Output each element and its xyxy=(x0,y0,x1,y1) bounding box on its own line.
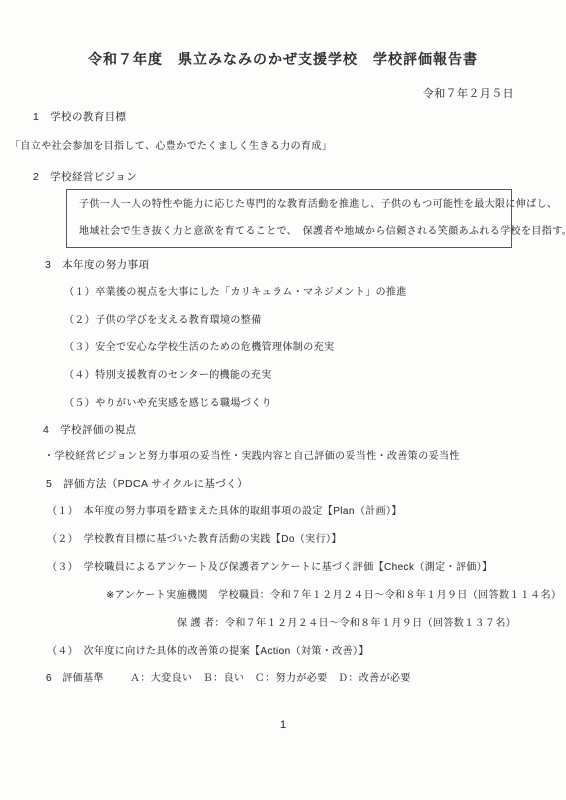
section6-line: 6 評価基準Ａ：大変良い Ｂ：良い Ｃ：努力が必要 Ｄ：改善が必要 xyxy=(46,672,411,686)
scanned-report-page: 令和７年度 県立みなみのかぜ支援学校 学校評価報告書 令和７年２月５日 1 学校… xyxy=(0,0,566,800)
method-item-1: （１） 本年度の努力事項を踏まえた具体的取組事項の設定【Plan（計画）】 xyxy=(47,505,402,519)
effort-item-3: （３）安全で安心な学校生活のための危機管理体制の充実 xyxy=(64,341,334,355)
survey-period-staff: ※アンケート実施機関 学校職員：令和７年１２月２４日～令和８年１月９日（回答数１… xyxy=(106,589,561,603)
report-date: 令和７年２月５日 xyxy=(0,87,514,101)
method-item-4: （４） 次年度に向けた具体的改善策の提案【Action（対策・改善）】 xyxy=(47,645,369,659)
page-number: 1 xyxy=(0,718,566,732)
vision-line-2: 地域社会で生き抜く力と意欲を育てることで、 保護者や地域から信頼される笑顔あふれ… xyxy=(79,225,566,239)
vision-box: 子供一人一人の特性や能力に応じた専門的な教育活動を推進し、子供のもつ可能性を最大… xyxy=(66,189,512,248)
evaluation-criteria-scale: Ａ：大変良い Ｂ：良い Ｃ：努力が必要 Ｄ：改善が必要 xyxy=(130,673,411,684)
effort-item-5: （５）やりがいや充実感を感じる職場づくり xyxy=(64,397,272,411)
method-item-3: （３） 学校職員によるアンケート及び保護者アンケートに基づく評価【Check（測… xyxy=(47,561,493,575)
section6-heading: 6 評価基準 xyxy=(46,673,104,684)
effort-item-4: （４）特別支援教育のセンター的機能の充実 xyxy=(64,369,272,383)
section4-heading: 4 学校評価の視点 xyxy=(43,423,136,437)
survey-period-parents: 保 護 者：令和７年１２月２４日～令和８年１月９日（回答数１３７名） xyxy=(177,617,516,631)
education-goal-text: 「自立や社会参加を目指して、心豊かでたくましく生きる力の育成」 xyxy=(10,140,332,154)
section5-heading: 5 評価方法（PDCA サイクルに基づく） xyxy=(46,477,248,491)
section2-heading: 2 学校経営ビジョン xyxy=(33,170,137,184)
report-title: 令和７年度 県立みなみのかぜ支援学校 学校評価報告書 xyxy=(0,52,566,66)
evaluation-viewpoint-text: ・学校経営ビジョンと努力事項の妥当性・実践内容と自己評価の妥当性・改善策の妥当性 xyxy=(44,450,460,464)
method-item-2: （２） 学校教育目標に基づいた教育活動の実践【Do（実行）】 xyxy=(47,533,342,547)
effort-item-1: （１）卒業後の視点を大事にした「カリキュラム・マネジメント」の推進 xyxy=(64,286,407,300)
vision-line-1: 子供一人一人の特性や能力に応じた専門的な教育活動を推進し、子供のもつ可能性を最大… xyxy=(79,198,557,212)
section1-heading: 1 学校の教育目標 xyxy=(33,110,126,124)
effort-item-2: （２）子供の学びを支える教育環境の整備 xyxy=(64,314,262,328)
section3-heading: 3 本年度の努力事項 xyxy=(45,258,149,272)
